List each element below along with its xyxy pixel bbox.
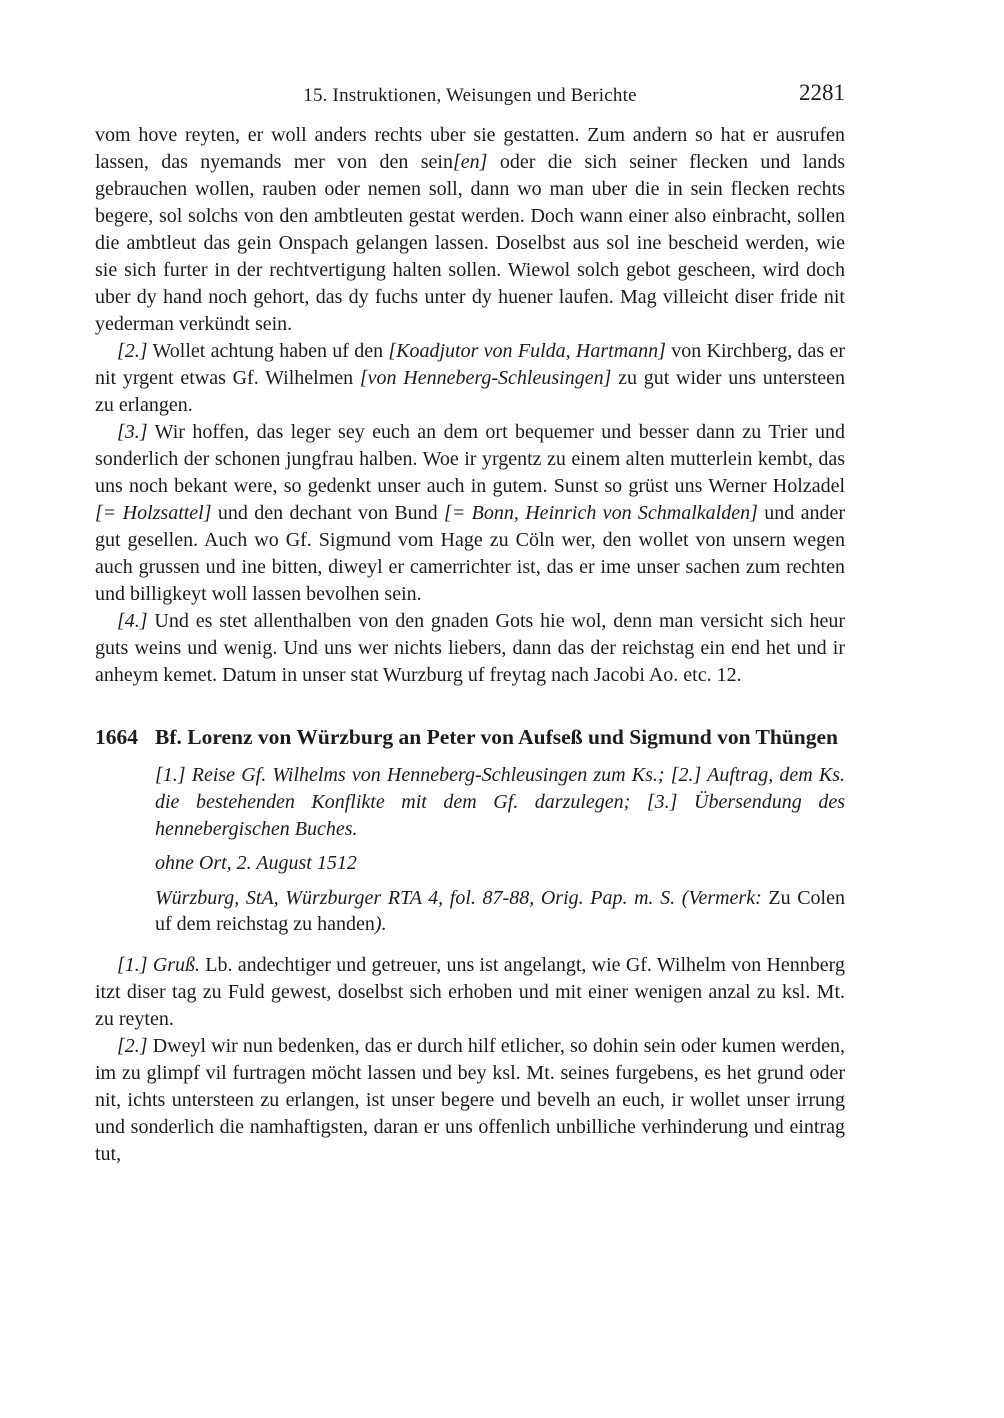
entry-document-text: [1.] Gruß. Lb. andechtiger und getreuer,… — [95, 952, 845, 1168]
text-run: [von Henneberg-Schleusingen] — [360, 367, 611, 389]
book-page: 15. Instruktionen, Weisungen und Bericht… — [0, 0, 1004, 1418]
entry-1664: 1664 Bf. Lorenz von Würzburg an Peter vo… — [95, 722, 845, 1168]
entry-dateline: ohne Ort, 2. August 1512 — [155, 850, 845, 876]
entry-regest: [1.] Reise Gf. Wilhelms von Henneberg-Sc… — [155, 762, 845, 843]
running-title: 15. Instruktionen, Weisungen und Bericht… — [95, 83, 845, 108]
paragraph: [4.] Und es stet allenthalben von den gn… — [95, 608, 845, 689]
text-run: [= Bonn, Heinrich von Schmalkalden] — [444, 502, 758, 524]
text-run: Wollet achtung haben uf den — [148, 340, 389, 362]
page-number: 2281 — [799, 80, 845, 106]
text-run: [2.] — [117, 1035, 148, 1057]
text-run: Dweyl wir nun bedenken, das er durch hil… — [95, 1035, 845, 1165]
text-run: Lb. andechtiger und getreuer, uns ist an… — [95, 954, 845, 1030]
entry-source-reference: Würzburg, StA, Würzburger RTA 4, fol. 87… — [155, 885, 845, 937]
text-run: oder die sich seiner flecken und lands g… — [95, 151, 845, 335]
continued-document-text: vom hove reyten, er woll anders rechts u… — [95, 122, 845, 689]
text-run: [Koadjutor von Fulda, Hartmann] — [388, 340, 666, 362]
paragraph: [3.] Wir hoffen, das leger sey euch an d… — [95, 419, 845, 608]
paragraph: vom hove reyten, er woll anders rechts u… — [95, 122, 845, 338]
text-run: und den dechant von Bund — [212, 502, 445, 524]
text-run: Würzburg, StA, Würzburger RTA 4, fol. 87… — [155, 887, 768, 909]
paragraph: [2.] Wollet achtung haben uf den [Koadju… — [95, 338, 845, 419]
text-run: [en] — [453, 151, 487, 173]
entry-number: 1664 — [95, 722, 138, 753]
entry-heading: 1664 Bf. Lorenz von Würzburg an Peter vo… — [95, 722, 845, 753]
text-run: [1.] Gruß. — [117, 954, 200, 976]
paragraph: [1.] Gruß. Lb. andechtiger und getreuer,… — [95, 952, 845, 1033]
text-run: [4.] — [117, 610, 148, 632]
text-run: [3.] — [117, 421, 148, 443]
text-run: [1.] Reise Gf. Wilhelms von Henneberg-Sc… — [155, 764, 845, 840]
text-run: [= Holzsattel] — [95, 502, 212, 524]
entry-title: Bf. Lorenz von Würzburg an Peter von Auf… — [155, 725, 838, 749]
text-run: ). — [375, 913, 387, 935]
text-run: Wir hoffen, das leger sey euch an dem or… — [95, 421, 845, 497]
running-head: 15. Instruktionen, Weisungen und Bericht… — [95, 83, 845, 108]
text-run: [2.] — [117, 340, 148, 362]
text-run: Und es stet allenthalben von den gnaden … — [95, 610, 845, 686]
paragraph: [2.] Dweyl wir nun bedenken, das er durc… — [95, 1033, 845, 1168]
